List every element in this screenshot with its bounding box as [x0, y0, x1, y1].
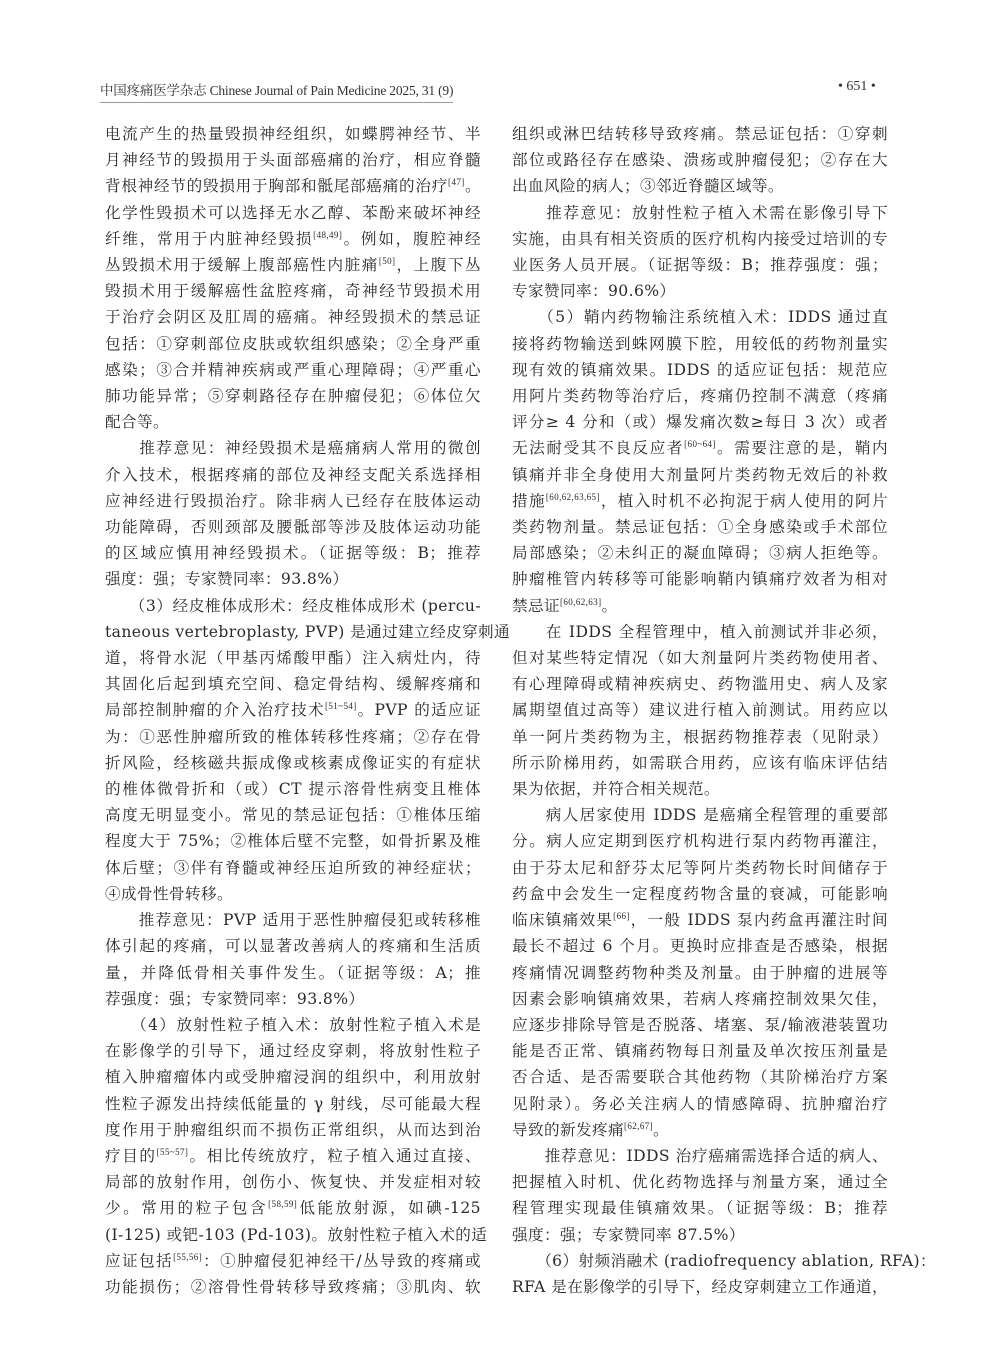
text-line: 应逐步排除导管是否脱落、堵塞、泵/输液港装置功: [512, 1012, 888, 1038]
citation-ref: [60,62,63]: [560, 597, 602, 607]
text-line: （4）放射性粒子植入术：放射性粒子植入术是: [105, 1012, 481, 1038]
citation-ref: [60~64]: [684, 439, 716, 449]
text-line: 背根神经节的毁损用于胸部和骶尾部癌痛的治疗[47]。: [105, 173, 481, 199]
text-line: 见附录）。务必关注病人的情感障碍、抗肿瘤治疗: [512, 1091, 888, 1117]
text-line: 量，并降低骨相关事件发生。（证据等级：A；推: [105, 960, 481, 986]
citation-ref: [55~57]: [157, 1147, 189, 1157]
citation-ref: [66]: [613, 911, 630, 921]
citation-ref: [48,49]: [313, 230, 342, 240]
text-line: 接将药物输送到蛛网膜下腔，用较低的药物剂量实: [512, 331, 888, 357]
text-line: 配合等。: [105, 409, 481, 435]
text-line: 纤维，常用于内脏神经毁损[48,49]。例如，腹腔神经: [105, 226, 481, 252]
text-line: 高度无明显变小。常见的禁忌证包括：①椎体压缩: [105, 802, 481, 828]
text-line: RFA 是在影像学的引导下，经皮穿刺建立工作通道，: [512, 1274, 888, 1300]
citation-ref: [62,67]: [624, 1121, 653, 1131]
text-line: （3）经皮椎体成形术：经皮椎体成形术 (percu-: [105, 593, 481, 619]
text-line: 评分≥ 4 分和（或）爆发痛次数≥每日 3 次）或者: [512, 409, 888, 435]
text-line: 能是否正常、镇痛药物每日剂量及单次按压剂量是: [512, 1038, 888, 1064]
text-line: 度作用于肿瘤组织而不损伤正常组织，从而达到治: [105, 1117, 481, 1143]
text-line: 电流产生的热量毁损神经组织，如蝶腭神经节、半: [105, 121, 481, 147]
text-line: 植入肿瘤瘤体内或受肿瘤浸润的组织中，利用放射: [105, 1064, 481, 1090]
text-line: 果为依据，并符合相关规范。: [512, 776, 888, 802]
text-line: 功能障碍，否则颈部及腰骶部等涉及肢体运动功能: [105, 514, 481, 540]
text-line: 措施[60,62,63,65]，植入时机不必拘泥于病人使用的阿片: [512, 488, 888, 514]
text-line: 局部的放射作用，创伤小、恢复快、并发症相对较: [105, 1169, 481, 1195]
text-line: 疼痛情况调整药物种类及剂量。由于肿瘤的进展等: [512, 960, 888, 986]
text-line: ④成骨性骨转移。: [105, 881, 481, 907]
text-line: 体后壁；③伴有脊髓或神经压迫所致的神经症状；: [105, 855, 481, 881]
text-line: 程度大于 75%；②椎体后壁不完整，如骨折累及椎: [105, 828, 481, 854]
text-line: 月神经节的毁损用于头面部癌痛的治疗，相应脊髓: [105, 147, 481, 173]
text-line: 业医务人员开展。（证据等级：B；推荐强度：强；: [512, 252, 888, 278]
citation-ref: [58,59]: [268, 1199, 297, 1209]
text-line: 最长不超过 6 个月。更换时应排查是否感染，根据: [512, 933, 888, 959]
text-line: 荐强度：强；专家赞同率：93.8%）: [105, 986, 481, 1012]
text-line: 推荐意见：PVP 适用于恶性肿瘤侵犯或转移椎: [105, 907, 481, 933]
text-line: 单一阿片类药物为主，根据药物推荐表（见附录）: [512, 724, 888, 750]
text-line: 程管理实现最佳镇痛效果。（证据等级：B；推荐: [512, 1195, 888, 1221]
text-line: 在影像学的引导下，通过经皮穿刺，将放射性粒子: [105, 1038, 481, 1064]
text-line: 感染；③合并精神疾病或严重心理障碍；④严重心: [105, 357, 481, 383]
text-line: 导致的新发疼痛[62,67]。: [512, 1117, 888, 1143]
text-line: 由于芬太尼和舒芬太尼等阿片类药物长时间储存于: [512, 855, 888, 881]
text-line: 化学性毁损术可以选择无水乙醇、苯酚来破坏神经: [105, 200, 481, 226]
text-line: （5）鞘内药物输注系统植入术：IDDS 通过直: [512, 304, 888, 330]
text-line: (I-125) 或钯-103 (Pd-103)。放射性粒子植入术的适: [105, 1222, 481, 1248]
text-line: 功能损伤；②溶骨性骨转移导致疼痛；③肌肉、软: [105, 1274, 481, 1300]
text-line: 的区域应慎用神经毁损术。（证据等级：B；推荐: [105, 540, 481, 566]
text-line: 局部控制肿瘤的介入治疗技术[51~54]。PVP 的适应证: [105, 697, 481, 723]
citation-ref: [50]: [379, 256, 396, 266]
text-line: 肿瘤椎管内转移等可能影响鞘内镇痛疗效者为相对: [512, 566, 888, 592]
text-line: 专家赞同率：90.6%）: [512, 278, 888, 304]
text-line: 镇痛并非全身使用大剂量阿片类药物无效后的补救: [512, 462, 888, 488]
text-line: 所示阶梯用药，如需联合用药，应该有临床评估结: [512, 750, 888, 776]
text-line: 强度：强；专家赞同率 87.5%）: [512, 1222, 888, 1248]
text-line: 药盒中会发生一定程度药物含量的衰减，可能影响: [512, 881, 888, 907]
text-line: 为：①恶性肿瘤所致的椎体转移性疼痛；②存在骨: [105, 724, 481, 750]
text-line: 出血风险的病人；③邻近脊髓区域等。: [512, 173, 888, 199]
text-line: 否合适、是否需要联合其他药物（其阶梯治疗方案: [512, 1064, 888, 1090]
text-line: 于治疗会阴区及肛周的癌痛。神经毁损术的禁忌证: [105, 304, 481, 330]
text-line: 属期望值过高等）建议进行植入前测试。用药应以: [512, 697, 888, 723]
text-line: 无法耐受其不良反应者[60~64]。需要注意的是，鞘内: [512, 435, 888, 461]
journal-running-header: 中国疼痛医学杂志 Chinese Journal of Pain Medicin…: [100, 79, 453, 103]
text-line: 的椎体微骨折和（或）CT 提示溶骨性病变且椎体: [105, 776, 481, 802]
text-line: 在 IDDS 全程管理中，植入前测试并非必须，: [512, 619, 888, 645]
text-line: 临床镇痛效果[66]，一般 IDDS 泵内药盒再灌注时间: [512, 907, 888, 933]
text-line: 病人居家使用 IDDS 是癌痛全程管理的重要部: [512, 802, 888, 828]
text-line: 用阿片类药物等治疗后，疼痛仍控制不满意（疼痛: [512, 383, 888, 409]
text-line: 实施，由具有相关资质的医疗机构内接受过培训的专: [512, 226, 888, 252]
text-line: 有心理障碍或精神疾病史、药物滥用史、病人及家: [512, 671, 888, 697]
text-line: 其固化后起到填充空间、稳定骨结构、缓解疼痛和: [105, 671, 481, 697]
citation-ref: [51~54]: [325, 701, 357, 711]
citation-ref: [55,56]: [173, 1252, 202, 1262]
text-line: 现有效的镇痛效果。IDDS 的适应证包括：规范应: [512, 357, 888, 383]
text-line: 强度：强；专家赞同率：93.8%）: [105, 566, 481, 592]
right-text-column: 组织或淋巴结转移导致疼痛。禁忌证包括：①穿刺部位或路径存在感染、溃疡或肿瘤侵犯；…: [512, 121, 888, 1300]
text-line: 肺功能异常；⑤穿刺路径存在肿瘤侵犯；⑥体位欠: [105, 383, 481, 409]
text-line: 毁损术用于缓解癌性盆腔疼痛，奇神经节毁损术用: [105, 278, 481, 304]
text-line: 分。病人应定期到医疗机构进行泵内药物再灌注，: [512, 828, 888, 854]
text-line: 禁忌证[60,62,63]。: [512, 593, 888, 619]
text-line: 道，将骨水泥（甲基丙烯酸甲酯）注入病灶内，待: [105, 645, 481, 671]
text-line: 推荐意见：放射性粒子植入术需在影像引导下: [512, 200, 888, 226]
text-line: 折风险，经核磁共振成像或核素成像证实的有症状: [105, 750, 481, 776]
text-line: 应神经进行毁损治疗。除非病人已经存在肢体运动: [105, 488, 481, 514]
text-line: 局部感染；②未纠正的凝血障碍；③病人拒绝等。: [512, 540, 888, 566]
text-line: 丛毁损术用于缓解上腹部癌性内脏痛[50]，上腹下丛: [105, 252, 481, 278]
text-line: 推荐意见：IDDS 治疗癌痛需选择合适的病人、: [512, 1143, 888, 1169]
text-line: 体引起的疼痛，可以显著改善病人的疼痛和生活质: [105, 933, 481, 959]
text-line: 少。常用的粒子包含[58,59]低能放射源，如碘-125: [105, 1195, 481, 1221]
text-line: 包括：①穿刺部位皮肤或软组织感染；②全身严重: [105, 331, 481, 357]
text-line: （6）射频消融术 (radiofrequency ablation, RFA)：: [512, 1248, 888, 1274]
text-line: 部位或路径存在感染、溃疡或肿瘤侵犯；②存在大: [512, 147, 888, 173]
text-line: 疗目的[55~57]。相比传统放疗，粒子植入通过直接、: [105, 1143, 481, 1169]
text-line: taneous vertebroplasty, PVP) 是通过建立经皮穿刺通: [105, 619, 481, 645]
text-line: 性粒子源发出持续低能量的 γ 射线，尽可能最大程: [105, 1091, 481, 1117]
page-number: • 651 •: [838, 79, 876, 95]
text-line: 类药物剂量。禁忌证包括：①全身感染或手术部位: [512, 514, 888, 540]
text-line: 因素会影响镇痛效果，若病人疼痛控制效果欠佳，: [512, 986, 888, 1012]
text-line: 应证包括[55,56]：①肿瘤侵犯神经干/丛导致的疼痛或: [105, 1248, 481, 1274]
citation-ref: [60,62,63,65]: [546, 492, 600, 502]
citation-ref: [47]: [448, 177, 465, 187]
text-line: 推荐意见：神经毁损术是癌痛病人常用的微创: [105, 435, 481, 461]
text-line: 但对某些特定情况（如大剂量阿片类药物使用者、: [512, 645, 888, 671]
text-line: 组织或淋巴结转移导致疼痛。禁忌证包括：①穿刺: [512, 121, 888, 147]
left-text-column: 电流产生的热量毁损神经组织，如蝶腭神经节、半月神经节的毁损用于头面部癌痛的治疗，…: [105, 121, 481, 1300]
text-line: 把握植入时机、优化药物选择与剂量方案，通过全: [512, 1169, 888, 1195]
text-line: 介入技术，根据疼痛的部位及神经支配关系选择相: [105, 462, 481, 488]
